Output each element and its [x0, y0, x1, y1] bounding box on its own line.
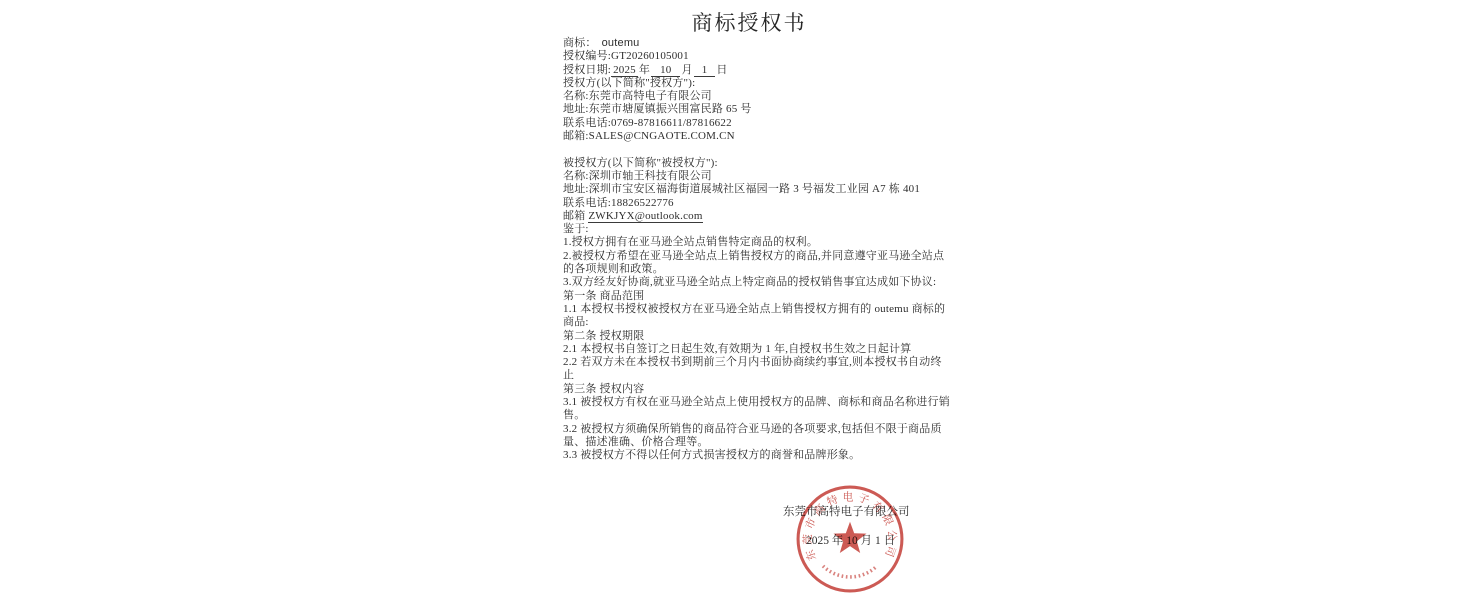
licensee-name: 名称:深圳市轴王科技有限公司 [563, 170, 943, 183]
clause-line: 3.双方经友好协商,就亚马逊全站点上特定商品的授权销售事宜达成如下协议: [563, 276, 943, 289]
licensor-address: 地址:东莞市塘厦镇振兴围富民路 65 号 [563, 103, 943, 116]
trademark-line: 商标：outemu [563, 37, 943, 50]
licensor-phone: 联系电话:0769-87816611/87816622 [563, 117, 943, 130]
clause-line: 2.1 本授权书自签订之日起生效,有效期为 1 年,自授权书生效之日起计算 [563, 343, 943, 356]
seal-serial-marks [823, 566, 877, 577]
clause-line: 2.被授权方希望在亚马逊全站点上销售授权方的商品,并同意遵守亚马逊全站点 [563, 250, 943, 263]
page-title: 商标授权书 [563, 10, 935, 36]
auth-date-day-unit: 日 [715, 64, 728, 76]
licensee-address: 地址:深圳市宝安区福海街道展城社区福园一路 3 号福发工业园 A7 栋 401 [563, 183, 943, 196]
seal-star-icon [834, 522, 867, 553]
authorization-letter: 商标授权书 商标：outemu 授权编号:GT20260105001 授权日期:… [563, 10, 943, 463]
clause-line: 3.1 被授权方有权在亚马逊全站点上使用授权方的品牌、商标和商品名称进行销 [563, 396, 943, 409]
section-heading: 第一条 商品范围 [563, 290, 943, 303]
section-heading: 第二条 授权期限 [563, 330, 943, 343]
licensee-phone: 联系电话:18826522776 [563, 197, 943, 210]
auth-date-year-unit: 年 [638, 64, 651, 76]
clause-line: 3.3 被授权方不得以任何方式损害授权方的商誉和品牌形象。 [563, 449, 943, 462]
clause-line: 1.授权方拥有在亚马逊全站点销售特定商品的权利。 [563, 236, 943, 249]
auth-date-line: 授权日期:2025年10月1日 [563, 64, 943, 77]
auth-date-prefix: 授权日期: [563, 64, 611, 76]
clause-line: 鉴于: [563, 223, 943, 236]
blank-line [563, 143, 943, 156]
section-heading: 第三条 授权内容 [563, 383, 943, 396]
scanned-document-page: 商标授权书 商标：outemu 授权编号:GT20260105001 授权日期:… [0, 0, 1464, 600]
trademark-label: 商标： [563, 37, 597, 49]
licensee-email: 邮箱 ZWKJYX@outlook.com [563, 210, 943, 223]
auth-date-day: 1 [694, 65, 716, 77]
clause-line: 3.2 被授权方须确保所销售的商品符合亚马逊的各项要求,包括但不限于商品质 [563, 423, 943, 436]
licensor-email: 邮箱:SALES@CNGAOTE.COM.CN [563, 130, 943, 143]
clause-line: 1.1 本授权书授权被授权方在亚马逊全站点上销售授权方拥有的 outemu 商标… [563, 303, 943, 316]
company-seal-stamp: 东莞市高特电子有限公司 [794, 483, 906, 595]
clause-line: 商品: [563, 316, 943, 329]
auth-date-month-unit: 月 [680, 64, 693, 76]
licensee-intro: 被授权方(以下简称"被授权方"): [563, 157, 943, 170]
clause-line: 售。 [563, 409, 943, 422]
clause-line: 2.2 若双方未在本授权书到期前三个月内书面协商续约事宜,则本授权书自动终 [563, 356, 943, 369]
licensor-name: 名称:东莞市高特电子有限公司 [563, 90, 943, 103]
licensee-email-value: ZWKJYX@outlook.com [588, 211, 702, 223]
clause-line: 止 [563, 369, 943, 382]
clause-line: 量、描述准确、价格合理等。 [563, 436, 943, 449]
clause-line: 的各项规则和政策。 [563, 263, 943, 276]
auth-number-line: 授权编号:GT20260105001 [563, 50, 943, 63]
licensor-intro: 授权方(以下简称"授权方"): [563, 77, 943, 90]
licensee-email-label: 邮箱 [563, 210, 588, 222]
auth-date-month: 10 [651, 65, 680, 77]
auth-date-year: 2025 [611, 65, 638, 77]
trademark-value: outemu [602, 37, 640, 49]
